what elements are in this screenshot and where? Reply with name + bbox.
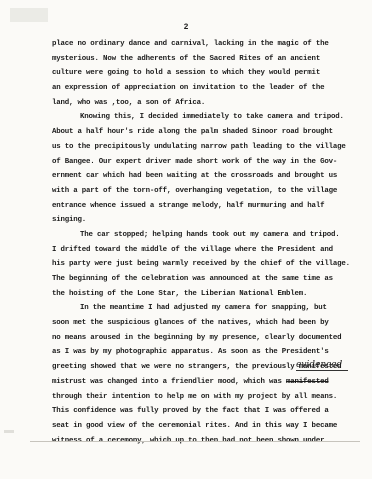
text-fragment: mistrust was changed into a friendlier m… bbox=[52, 378, 286, 386]
text-line: as I was by my photographic apparatus. A… bbox=[52, 345, 362, 360]
typed-body-text: place no ordinary dance and carnival, la… bbox=[52, 37, 362, 448]
text-line: This confidence was fully proved by the … bbox=[52, 404, 362, 419]
handwritten-correction: evidenced bbox=[296, 360, 348, 371]
text-line: I drifted toward the middle of the villa… bbox=[52, 243, 362, 258]
text-line: ernment car which had been waiting at th… bbox=[52, 169, 362, 184]
text-line: no means aroused in the beginning by my … bbox=[52, 331, 362, 346]
text-line: his party were just being warmly receive… bbox=[52, 257, 362, 272]
text-line: with a part of the torn-off, overhanging… bbox=[52, 184, 362, 199]
paragraph-start: The car stopped; helping hands took out … bbox=[52, 228, 362, 243]
text-line: mysterious. Now the adherents of the Sac… bbox=[52, 52, 362, 67]
paragraph-start: In the meantime I had adjusted my camera… bbox=[52, 301, 362, 316]
text-line: land, who was ,too, a son of Africa. bbox=[52, 96, 362, 111]
text-line: an expression of appreciation on invitat… bbox=[52, 81, 362, 96]
text-line: singing. bbox=[52, 213, 362, 228]
text-line: seat in good view of the ceremonial rite… bbox=[52, 419, 362, 434]
text-line: through their intention to help me on wi… bbox=[52, 390, 362, 405]
text-line-with-correction: mistrust was changed into a friendlier m… bbox=[52, 375, 362, 390]
struck-word: manifested bbox=[286, 378, 329, 386]
text-line: entrance whence issued a strange melody,… bbox=[52, 199, 362, 214]
scan-artifact bbox=[10, 8, 48, 22]
text-line: About a half hour's ride along the palm … bbox=[52, 125, 362, 140]
text-line: place no ordinary dance and carnival, la… bbox=[52, 37, 362, 52]
page-number: 2 bbox=[0, 23, 372, 32]
text-line: soon met the suspicious glances of the n… bbox=[52, 316, 362, 331]
text-line: the hoisting of the Lone Star, the Liber… bbox=[52, 287, 362, 302]
scan-artifact bbox=[4, 430, 14, 433]
paragraph-start: Knowing this, I decided immediately to t… bbox=[52, 110, 362, 125]
document-page: 2 place no ordinary dance and carnival, … bbox=[0, 0, 372, 479]
text-line: of Bangee. Our expert driver made short … bbox=[52, 155, 362, 170]
text-line: The beginning of the celebration was ann… bbox=[52, 272, 362, 287]
text-line: culture were going to hold a session to … bbox=[52, 66, 362, 81]
page-bottom-edge bbox=[30, 441, 360, 442]
text-line: us to the precipitously undulating narro… bbox=[52, 140, 362, 155]
